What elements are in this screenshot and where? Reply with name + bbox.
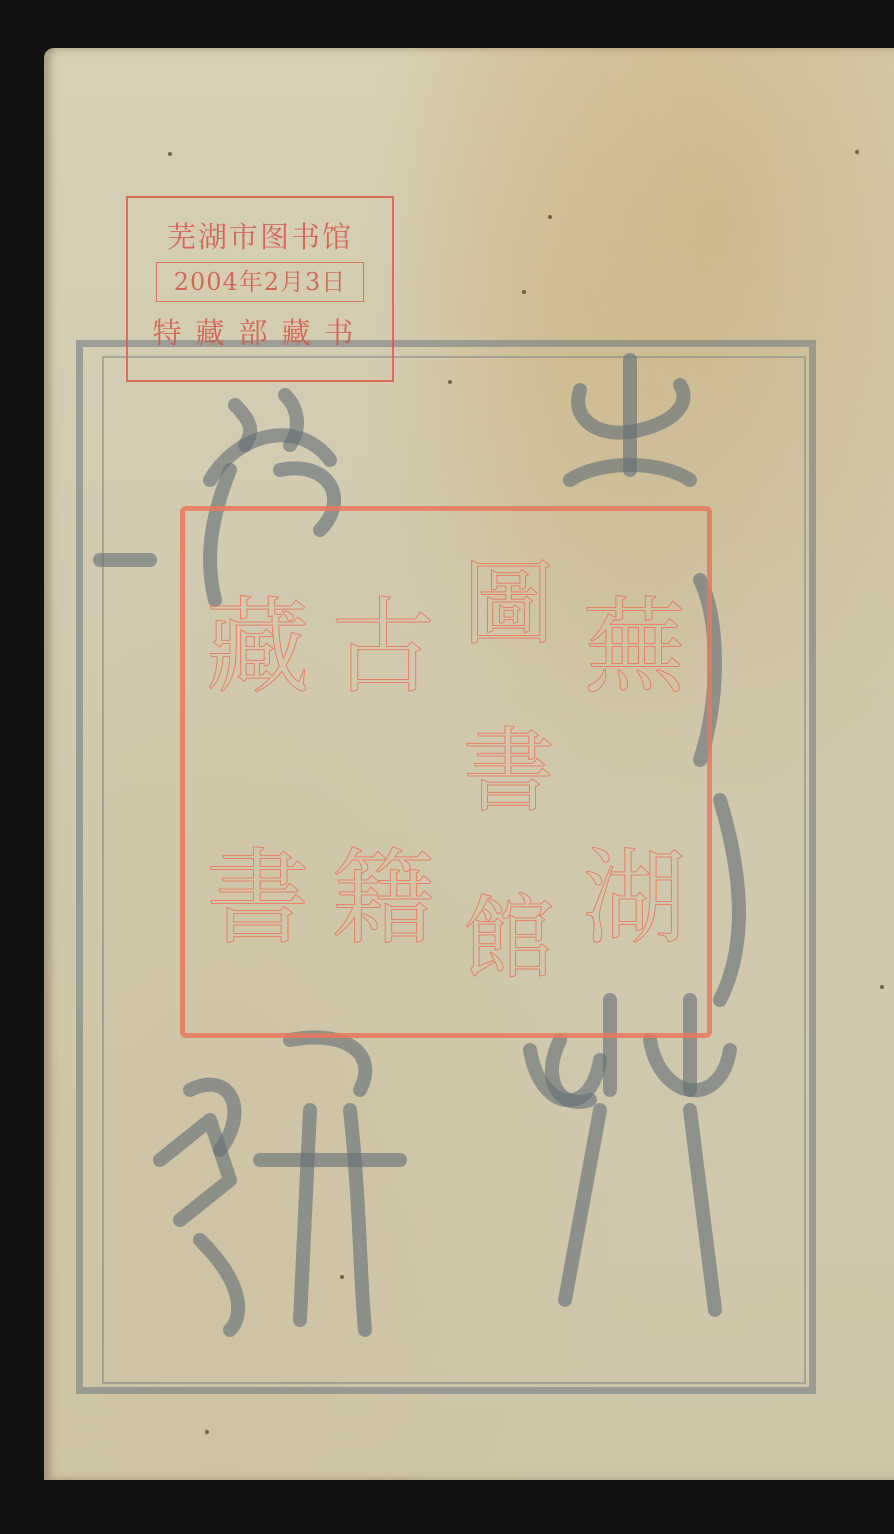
- paper-speck: [340, 1275, 344, 1279]
- stamp-department: 特藏部藏书: [128, 316, 392, 350]
- paper-speck: [880, 985, 884, 989]
- paper-speck: [448, 380, 452, 384]
- paper-speck: [522, 290, 526, 294]
- seal-char: 館: [463, 893, 555, 985]
- stamp-library-name: 芜湖市图书馆: [128, 220, 392, 254]
- seal-char: 古: [331, 595, 435, 699]
- library-date-stamp: 芜湖市图书馆 2004年2月3日 特藏部藏书: [126, 196, 394, 382]
- paper-speck: [548, 215, 552, 219]
- seal-char: 藏: [206, 595, 310, 699]
- seal-char: 湖: [582, 846, 686, 950]
- seal-column-2: 圖 書 館: [446, 521, 572, 1023]
- stamp-date: 2004年2月3日: [156, 262, 364, 302]
- seal-char: 蕪: [582, 595, 686, 699]
- paper-speck: [168, 152, 172, 156]
- seal-char: 書: [206, 846, 310, 950]
- seal-column-4: 藏 書: [195, 521, 321, 1023]
- paper-speck: [855, 150, 859, 154]
- library-collection-seal: 蕪 湖 圖 書 館 古 籍 藏 書: [180, 506, 712, 1038]
- seal-char: 籍: [331, 846, 435, 950]
- seal-column-1: 蕪 湖: [572, 521, 698, 1023]
- paper-speck: [205, 1430, 209, 1434]
- seal-char: 書: [463, 726, 555, 818]
- seal-char: 圖: [463, 559, 555, 651]
- seal-column-3: 古 籍: [321, 521, 447, 1023]
